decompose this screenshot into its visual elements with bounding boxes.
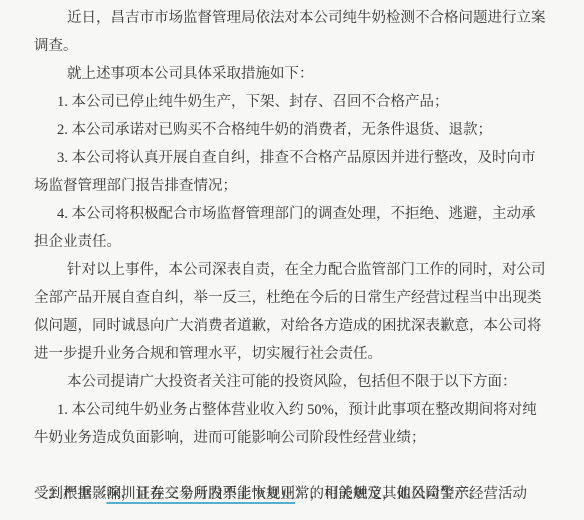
- text-line: 受到严重影响，且在三个月内不能恢复正常，可能触及其他风险警示。: [34, 480, 548, 508]
- text-line: 近日，昌吉市市场监督管理局依法对本公司纯牛奶检测不合格问题进行立案: [34, 4, 548, 32]
- text-line: 针对以上事件，本公司深表自责，在全力配合监管部门工作的同时，对公司: [34, 256, 548, 284]
- text-line: 就上述事项本公司具体采取措施如下：: [34, 60, 548, 88]
- list-item-line: 1. 本公司纯牛奶业务占整体营业收入约 50%，预计此事项在整改期间将对纯: [34, 396, 548, 424]
- list-item-line: 3. 本公司将认真开展自查自纠，排查不合格产品原因并进行整改，及时向市: [34, 144, 548, 172]
- text-line: 进一步提升业务合规和管理水平，切实履行社会责任。: [34, 340, 548, 368]
- text-line: 本公司提请广大投资者关注可能的投资风险，包括但不限于以下方面：: [34, 368, 548, 396]
- list-item-line: 1. 本公司已停止纯牛奶生产，下架、封存、召回不合格产品；: [34, 88, 548, 116]
- list-item-line: 2. 根据《深圳证券交易所股票上市规则》的相关规定，如公司生产经营活动: [34, 452, 548, 480]
- text-line: 调查。: [34, 32, 548, 60]
- announcement-page: 近日，昌吉市市场监督管理局依法对本公司纯牛奶检测不合格问题进行立案 调查。 就上…: [0, 0, 584, 520]
- list-item-line: 4. 本公司将积极配合市场监督管理部门的调查处理，不拒绝、逃避，主动承: [34, 200, 548, 228]
- list-item-line: 2. 本公司承诺对已购买不合格纯牛奶的消费者，无条件退货、退款；: [34, 116, 548, 144]
- text-line: 牛奶业务造成负面影响，进而可能影响公司阶段性经营业绩；: [34, 424, 548, 452]
- text-line: 全部产品开展自查自纠，举一反三，杜绝在今后的日常生产经营过程当中出现类: [34, 284, 548, 312]
- text-line: 担企业责任。: [34, 228, 548, 256]
- text-line: 场监督管理部门报告排查情况；: [34, 172, 548, 200]
- text-line: 似问题，同时诚恳向广大消费者道歉，对给各方造成的困扰深表歉意，本公司将: [34, 312, 548, 340]
